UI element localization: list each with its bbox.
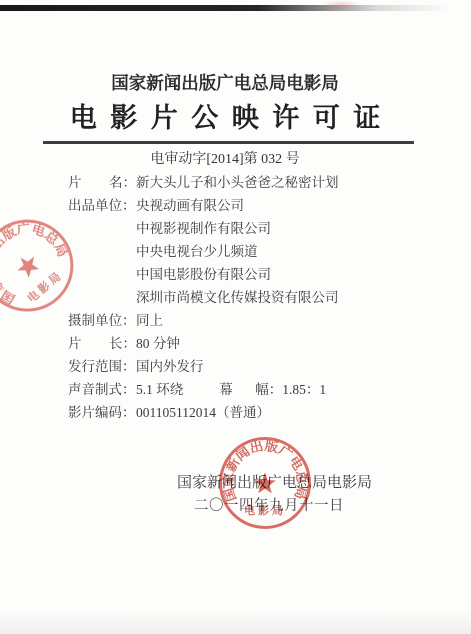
seal-bottom-text: 电影局 [244, 503, 286, 517]
official-seal: 国家新闻出版广电总局 电影局 [217, 435, 313, 536]
screen-aspect-value: 1.85：1 [282, 382, 326, 397]
film-permit-document: 国家新闻出版广电总局电影局 电影片公映许可证 电审动字[2014]第 032 号… [0, 0, 471, 634]
scan-smudge-artifact [322, 0, 360, 9]
field-label: 影片编码： [68, 401, 136, 424]
seal-bottom-text: 电影局 [24, 267, 65, 305]
field-label: 摄制单位： [68, 309, 136, 332]
field-row-sound-format: 声音制式：5.1 环绕幕幅：1.85：1 [68, 378, 326, 401]
field-label: 声音制式： [68, 378, 136, 401]
scan-edge-artifact [0, 5, 471, 11]
field-label: 片长： [68, 332, 136, 355]
field-value: 001105112014（普通） [136, 405, 270, 420]
svg-text:国家新闻出版广电总局: 国家新闻出版广电总局 [220, 438, 310, 503]
producer-item: 中央电视台少儿频道 [68, 240, 258, 263]
title-divider-rule [43, 141, 414, 144]
field-label: 片名： [68, 171, 136, 194]
field-value: 新大头儿子和小头爸爸之秘密计划 [136, 175, 339, 190]
field-label: 发行范围： [68, 355, 136, 378]
seal-ring-text: 国家新闻出版广电总局 [220, 438, 310, 503]
permit-number: 电审动字[2014]第 032 号 [0, 148, 450, 168]
field-row-producer: 出品单位：央视动画有限公司 [68, 194, 244, 217]
screen-aspect-label: 幕幅： [219, 378, 282, 401]
producer-item: 深圳市尚模文化传媒投资有限公司 [68, 286, 339, 309]
field-value: 央视动画有限公司 [136, 198, 244, 213]
producer-item: 中视影视制作有限公司 [68, 217, 271, 240]
field-row-film-length: 片长：80 分钟 [68, 332, 180, 355]
producer-item: 中国电影股份有限公司 [68, 263, 271, 286]
field-row-filming-unit: 摄制单位：同上 [68, 309, 163, 332]
field-value: 同上 [136, 313, 163, 328]
field-label: 出品单位： [68, 194, 136, 217]
field-row-film-code: 影片编码：001105112014（普通） [68, 401, 270, 424]
star-icon [12, 251, 42, 281]
field-row-distribution: 发行范围：国内外发行 [68, 355, 204, 378]
field-value: 80 分钟 [136, 336, 180, 351]
field-value: 5.1 环绕 [136, 382, 183, 397]
issuing-authority-title: 国家新闻出版广电总局电影局 [0, 70, 450, 95]
document-title: 电影片公映许可证 [0, 96, 450, 135]
field-row-film-title: 片名：新大头儿子和小头爸爸之秘密计划 [68, 171, 339, 194]
field-value: 国内外发行 [136, 359, 204, 374]
star-icon [254, 473, 276, 494]
